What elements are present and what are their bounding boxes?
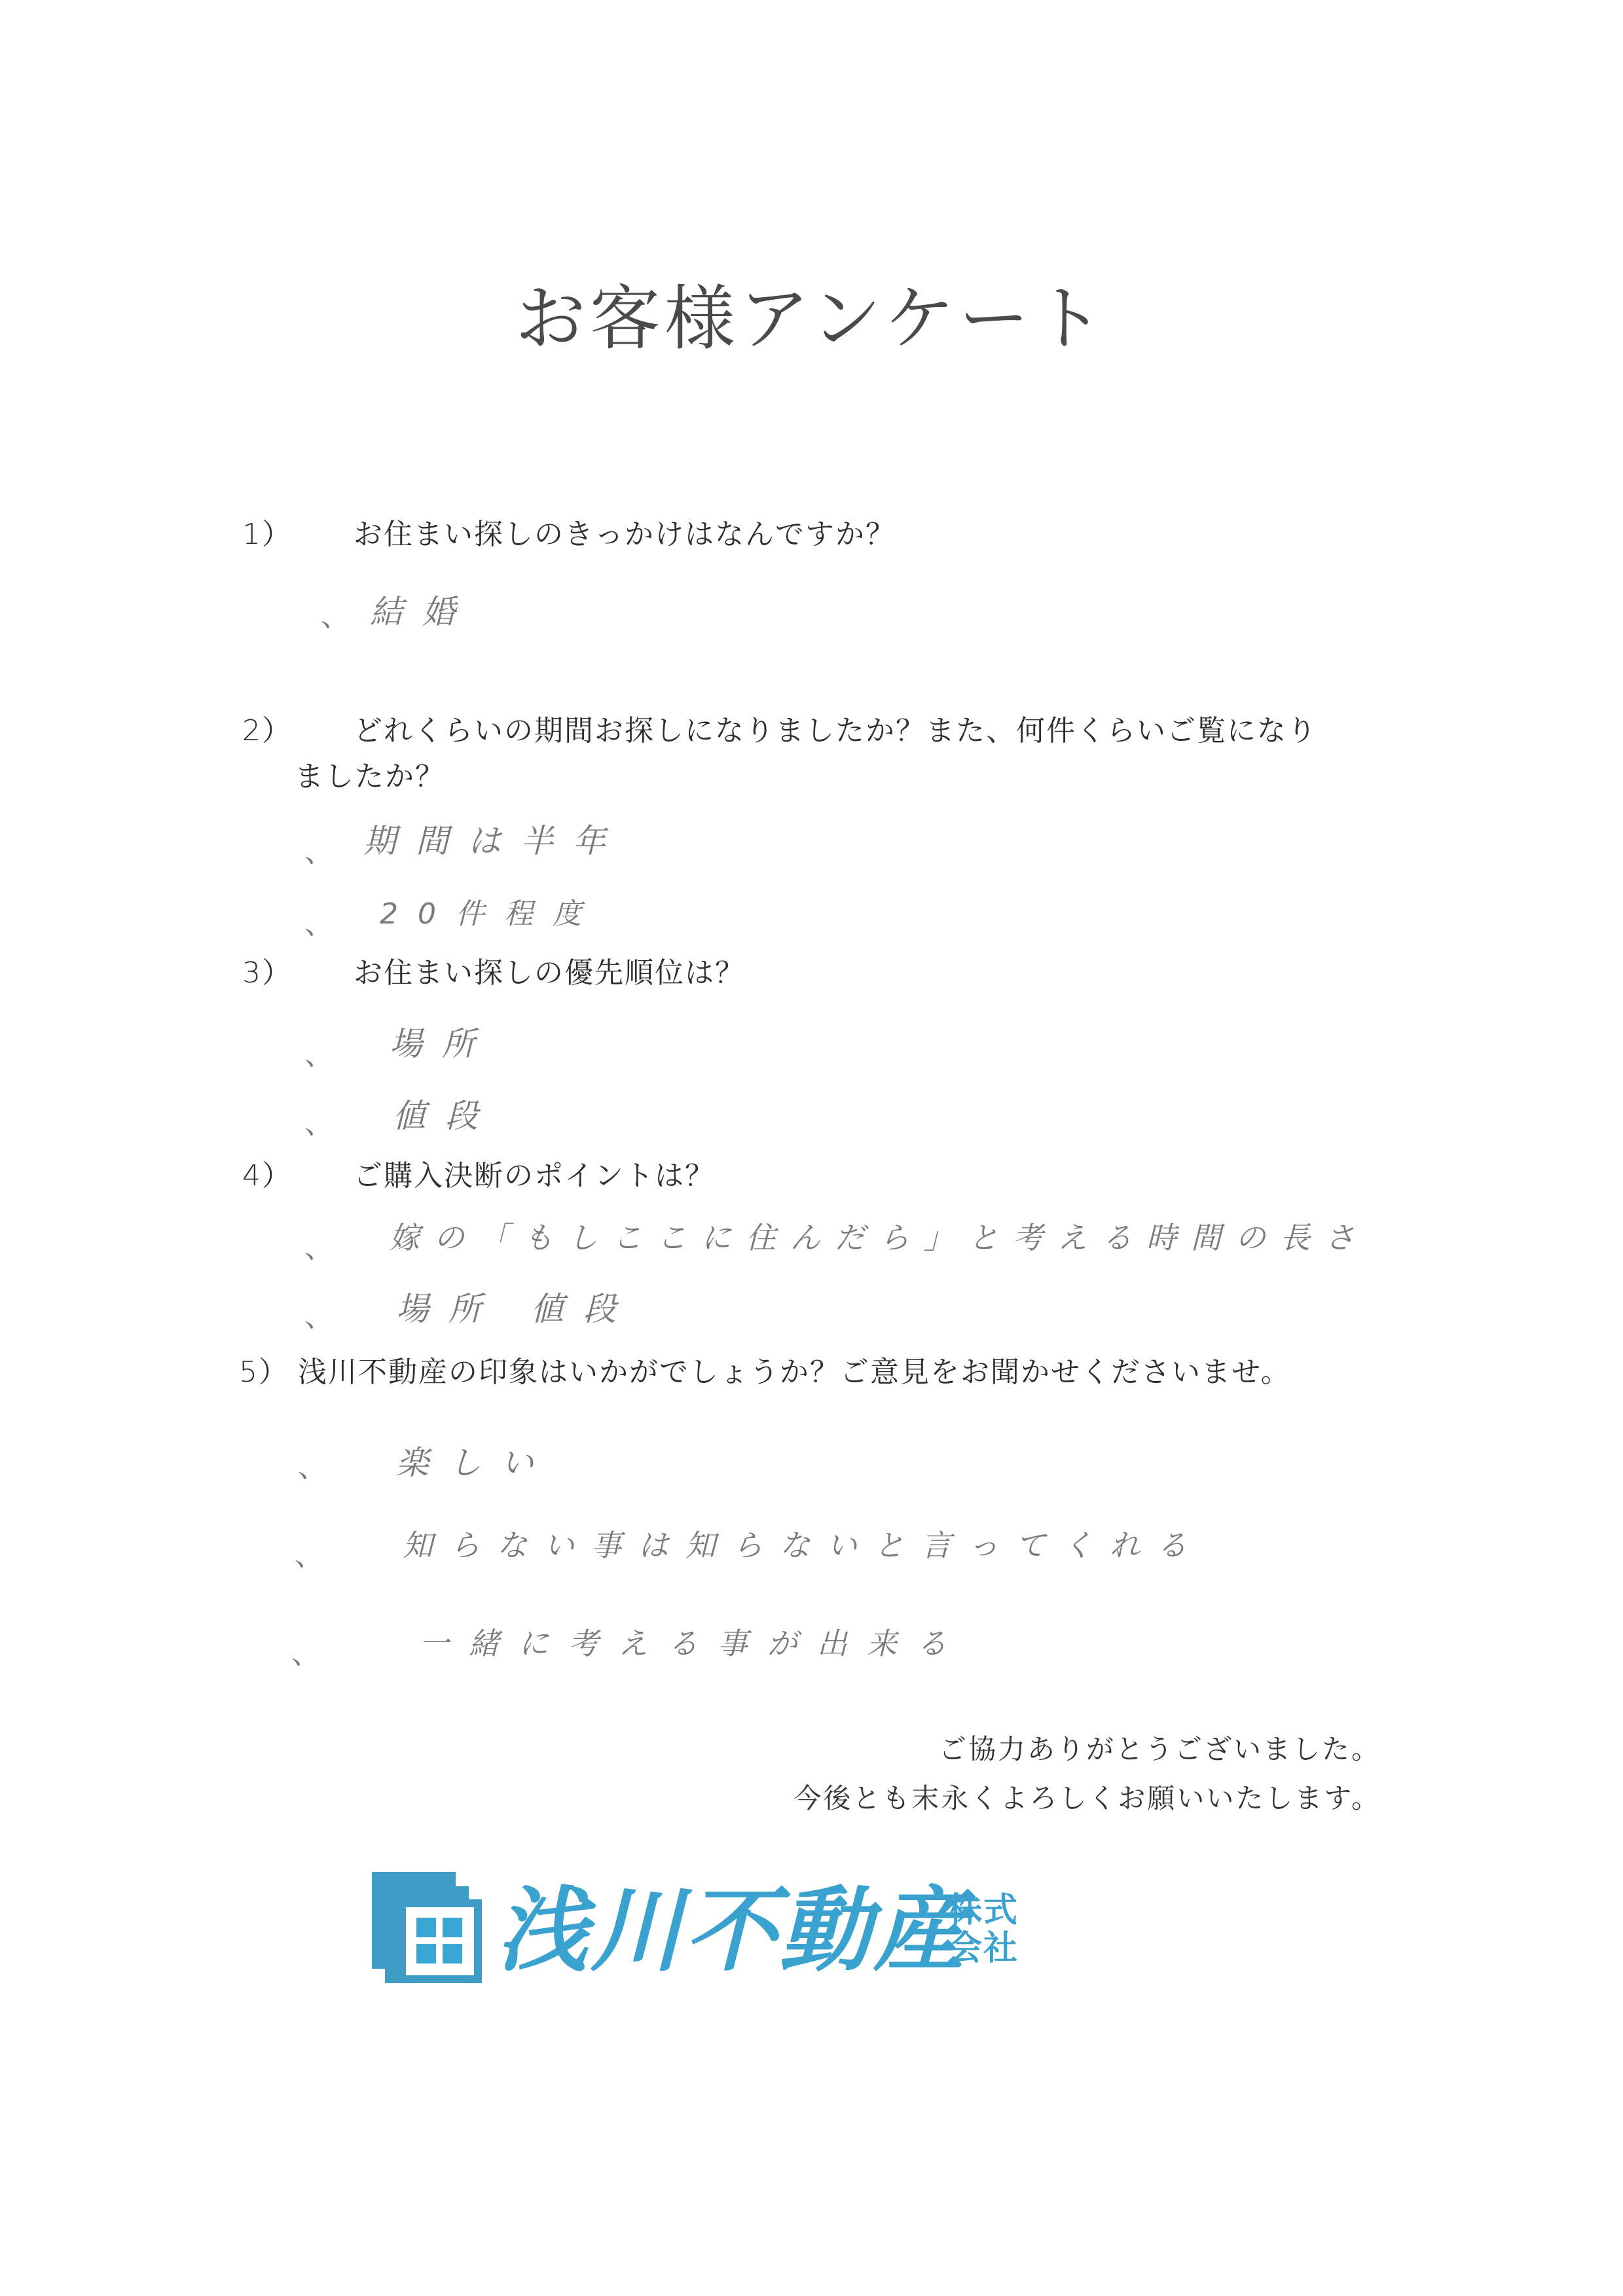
question-text: どれくらいの期間お探しになりましたか？また、何件くらいご覧になり: [354, 714, 1317, 747]
answer-bullet: 、: [304, 1031, 333, 1073]
question-number: 4）: [242, 1152, 354, 1194]
answer-1-1: 結婚: [370, 586, 475, 633]
question-number: 1）: [242, 511, 354, 552]
closing-regards: 今後とも末永くよろしくお願いいたします。: [793, 1777, 1381, 1816]
question-number: 3）: [242, 949, 354, 991]
document-title: お客様アンケート: [0, 262, 1623, 363]
answer-bullet: 、: [304, 1100, 333, 1141]
answer-3-2: 値段: [393, 1090, 498, 1137]
closing-thanks: ご協力ありがとうございました。: [939, 1728, 1381, 1767]
question-4: 4）ご購入決断のポイントは？: [242, 1152, 715, 1194]
answer-5-2: 知らない事は知らないと言ってくれる: [403, 1522, 1204, 1565]
answer-2-1: 期間は半年: [363, 815, 625, 862]
company-name: 浅川不動産: [496, 1878, 968, 1983]
answer-4-1: 嫁の「もしここに住んだら」と考える時間の長さ: [390, 1214, 1369, 1257]
company-logo: 浅川不動産 株式 会社: [372, 1872, 1027, 1983]
company-type-bottom: 会社: [948, 1929, 1020, 1967]
company-type: 株式 会社: [948, 1892, 1020, 1967]
question-number: 2）: [242, 707, 354, 749]
question-text: ご購入決断のポイントは？: [354, 1159, 715, 1193]
answer-bullet: 、: [304, 1224, 333, 1266]
answer-bullet: 、: [295, 1532, 323, 1573]
answer-bullet: 、: [321, 592, 350, 634]
window-logo-icon: [372, 1872, 483, 1983]
question-text: 浅川不動産の印象はいかがでしょうか？ご意見をお聞かせくださいませ。: [298, 1355, 1291, 1389]
question-text: お住まい探しのきっかけはなんですか？: [354, 518, 896, 551]
answer-bullet: 、: [304, 1293, 333, 1335]
question-3: 3）お住まい探しの優先順位は？: [242, 949, 745, 991]
company-type-top: 株式: [948, 1892, 1020, 1929]
answer-2-2: 20件程度: [380, 890, 601, 932]
answer-bullet: 、: [298, 1443, 327, 1485]
question-5: 5）浅川不動産の印象はいかがでしょうか？ご意見をお聞かせくださいませ。: [239, 1348, 1291, 1390]
answer-bullet: 、: [304, 828, 333, 870]
question-text: お住まい探しの優先順位は？: [354, 956, 745, 990]
question-1: 1）お住まい探しのきっかけはなんですか？: [242, 511, 896, 552]
answer-3-1: 場所: [390, 1018, 494, 1065]
answer-4-2: 場所 値段: [396, 1283, 636, 1330]
question-2-continuation: ましたか？: [295, 753, 445, 795]
answer-bullet: 、: [304, 900, 333, 942]
question-2: 2）どれくらいの期間お探しになりましたか？また、何件くらいご覧になり: [242, 707, 1317, 749]
answer-5-1: 楽しい: [396, 1437, 553, 1484]
question-number: 5）: [239, 1348, 298, 1390]
answer-bullet: 、: [291, 1630, 320, 1672]
answer-5-3: 一緒に考える事が出来る: [419, 1620, 966, 1663]
